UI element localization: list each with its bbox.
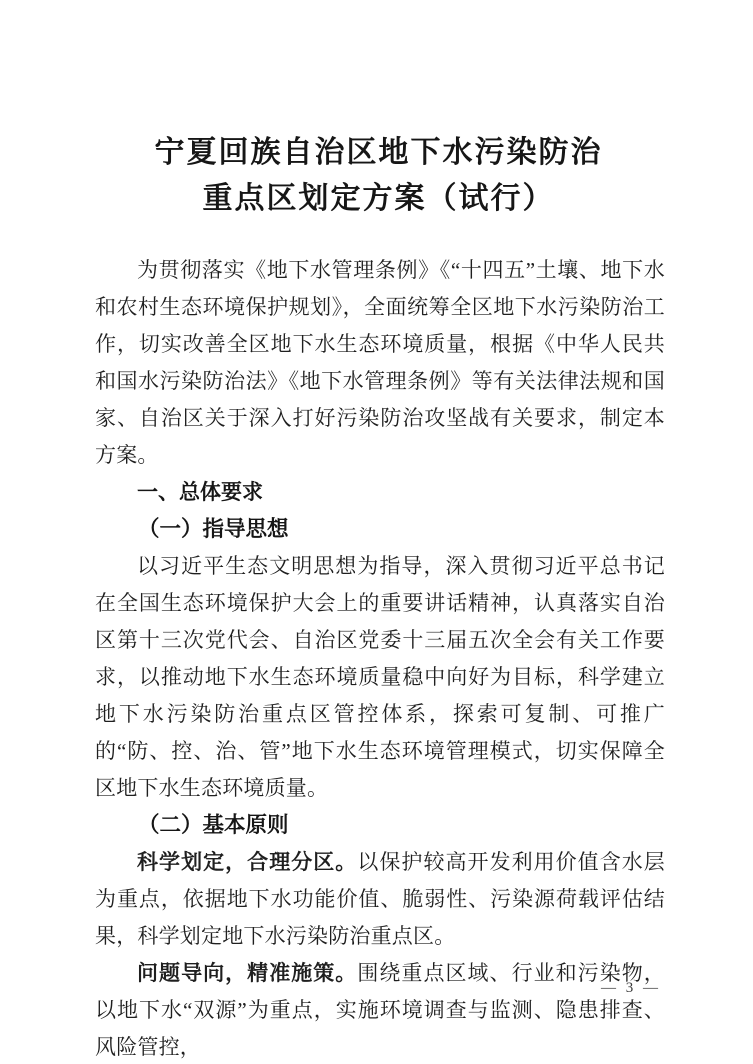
intro-paragraph: 为贯彻落实《地下水管理条例》《“十四五”土壤、地下水和农村生态环境保护规划》，全… <box>95 252 665 474</box>
principle-paragraph-problem-oriented: 问题导向，精准施策。围绕重点区域、行业和污染物，以地下水“双源”为重点，实施环境… <box>95 955 665 1064</box>
principle-paragraph-scientific-delineation: 科学划定，合理分区。以保护较高开发利用价值含水层为重点，依据地下水功能价值、脆弱… <box>95 844 665 955</box>
subsection-heading-basic-principles: （二）基本原则 <box>95 807 665 844</box>
page-number: — 3 — <box>601 980 661 997</box>
section-heading-overall-requirements: 一、总体要求 <box>95 474 665 511</box>
document-title-line-1: 宁夏回族自治区地下水污染防治 <box>95 130 662 176</box>
document-title: 宁夏回族自治区地下水污染防治 重点区划定方案（试行） <box>95 130 662 222</box>
subsection-heading-guiding-ideology: （一）指导思想 <box>95 511 665 548</box>
document-page: 宁夏回族自治区地下水污染防治 重点区划定方案（试行） 为贯彻落实《地下水管理条例… <box>0 0 753 1064</box>
document-body: 为贯彻落实《地下水管理条例》《“十四五”土壤、地下水和农村生态环境保护规划》，全… <box>95 252 665 1064</box>
document-title-line-2: 重点区划定方案（试行） <box>95 176 662 222</box>
principle-lead-scientific-delineation: 科学划定，合理分区。 <box>137 850 357 874</box>
guiding-ideology-paragraph: 以习近平生态文明思想为指导，深入贯彻习近平总书记在全国生态环境保护大会上的重要讲… <box>95 548 665 807</box>
principle-lead-problem-oriented: 问题导向，精准施策。 <box>137 961 357 985</box>
